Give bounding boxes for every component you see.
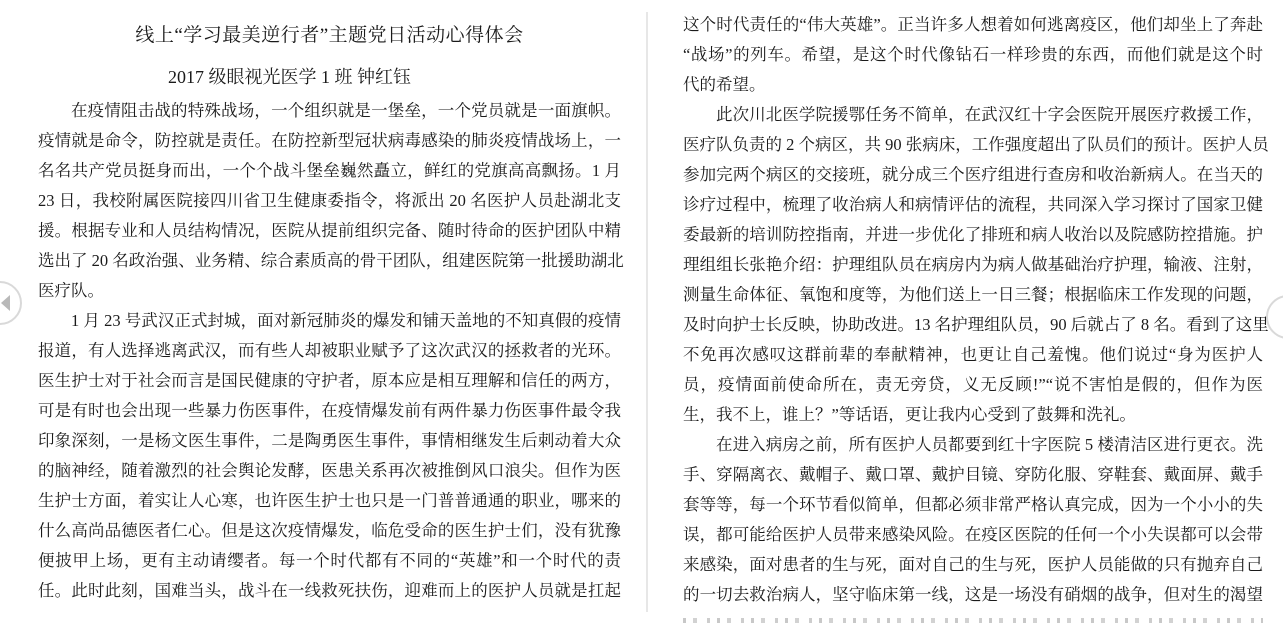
text-line: 在疫情阻击战的特殊战场，一个组织就是一堡垒，一个党员就是一面旗帜。 (38, 96, 621, 126)
text-line: 及时向护士长反映，协助改进。13 名护理组队员，90 后就占了 8 名。看到了这… (683, 310, 1263, 340)
text-line: 什么高尚品德医者仁心。但是这次疫情爆发，临危受命的医生护士们，没有犹豫 (38, 516, 621, 546)
text-line: 任。此时此刻，国难当头，战斗在一线救死扶伤，迎难而上的医护人员就是扛起 (38, 576, 621, 606)
text-line: 可是有时也会出现一些暴力伤医事件，在疫情爆发前有两件暴力伤医事件最令我 (38, 396, 621, 426)
text-line: 委最新的培训防控指南，并进一步优化了排班和病人收治以及院感防控措施。护 (683, 220, 1263, 250)
text-line: 选出了 20 名政治强、业务精、综合素质高的骨干团队，组建医院第一批援助湖北 (38, 246, 621, 276)
text-line: 的脑神经，随着激烈的社会舆论发酵，医患关系再次被推倒风口浪尖。但作为医 (38, 456, 621, 486)
text-line: 报道，有人选择逃离武汉，而有些人却被职业赋予了这次武汉的拯救者的光环。 (38, 336, 621, 366)
text-line: 1 月 23 号武汉正式封城，面对新冠肺炎的爆发和铺天盖地的不知真假的疫情 (38, 306, 621, 336)
text-line: 诊疗过程中，梳理了收治病人和病情评估的流程，共同深入学习探讨了国家卫健 (683, 190, 1263, 220)
page-2-body: 这个时代责任的“伟大英雄”。正当许多人想着如何逃离疫区，他们却坐上了奔赴“战场”… (683, 0, 1263, 610)
text-line: “战场”的列车。希望，是这个时代像钻石一样珍贵的东西，而他们就是这个时 (683, 40, 1263, 70)
clipped-next-line (683, 618, 1263, 623)
text-line: 医疗队。 (38, 276, 621, 306)
document-title: 线上“学习最美逆行者”主题党日活动心得体会 (38, 23, 621, 49)
text-line: 套等等，每一个环节看似简单，但都必须非常严格认真完成，因为一个小小的失 (683, 490, 1263, 520)
text-line: 印象深刻，一是杨文医生事件，二是陶勇医生事件，事情相继发生后刺动着大众 (38, 426, 621, 456)
prev-page-button[interactable] (0, 281, 22, 325)
text-line: 疫情就是命令，防控就是责任。在防控新型冠状病毒感染的肺炎疫情战场上，一 (38, 126, 621, 156)
text-line: 手、穿隔离衣、戴帽子、戴口罩、戴护目镜、穿防化服、穿鞋套、戴面屏、戴手 (683, 460, 1263, 490)
text-line: 代的希望。 (683, 70, 1263, 100)
document-viewer: 线上“学习最美逆行者”主题党日活动心得体会 2017 级眼视光医学 1 班 钟红… (0, 0, 1283, 623)
triangle-left-icon (1, 295, 10, 311)
text-line: 名名共产党员挺身而出，一个个战斗堡垒巍然矗立，鲜红的党旗高高飘扬。1 月 (38, 156, 621, 186)
text-line: 来感染，面对患者的生与死，面对自己的生与死，医护人员能做的只有抛弃自己 (683, 550, 1263, 580)
page-2: 这个时代责任的“伟大英雄”。正当许多人想着如何逃离疫区，他们却坐上了奔赴“战场”… (683, 0, 1263, 623)
text-line: 测量生命体征、氧饱和度等，为他们送上一日三餐；根据临床工作发现的问题， (683, 280, 1263, 310)
text-line: 员，疫情面前使命所在，责无旁贷，义无反顾!”“说不害怕是假的，但作为医 (683, 370, 1263, 400)
text-line: 不免再次感叹这群前辈的奉献精神，也更让自己羞愧。他们说过“身为医护人 (683, 340, 1263, 370)
text-line: 援。根据专业和人员结构情况，医院从提前组织完备、随时待命的医护团队中精 (38, 216, 621, 246)
text-line: 的一切去救治病人，坚守临床第一线，这是一场没有硝烟的战争，但对生的渴望 (683, 580, 1263, 610)
text-line: 生，我不上，谁上？”等话语，更让我内心受到了鼓舞和洗礼。 (683, 400, 1263, 430)
document-byline: 2017 级眼视光医学 1 班 钟红钰 (38, 64, 621, 90)
text-line: 参加完两个病区的交接班，就分成三个医疗组进行查房和收治新病人。在当天的 (683, 160, 1263, 190)
text-line: 医生护士对于社会而言是国民健康的守护者，原本应是相互理解和信任的两方， (38, 366, 621, 396)
text-line: 医疗队负责的 2 个病区，共 90 张病床，工作强度超出了队员们的预计。医护人员 (683, 130, 1263, 160)
text-line: 误，都可能给医护人员带来感染风险。在疫区医院的任何一个小失误都可以会带 (683, 520, 1263, 550)
page-divider (646, 12, 648, 612)
text-line: 理组组长张艳介绍：护理组队员在病房内为病人做基础治疗护理，输液、注射， (683, 250, 1263, 280)
page-1: 线上“学习最美逆行者”主题党日活动心得体会 2017 级眼视光医学 1 班 钟红… (38, 0, 621, 606)
text-line: 在进入病房之前，所有医护人员都要到红十字医院 5 楼清洁区进行更衣。洗 (683, 430, 1263, 460)
text-line: 这个时代责任的“伟大英雄”。正当许多人想着如何逃离疫区，他们却坐上了奔赴 (683, 10, 1263, 40)
text-line: 便披甲上场，更有主动请缨者。每一个时代都有不同的“英雄”和一个时代的责 (38, 546, 621, 576)
page-1-body: 在疫情阻击战的特殊战场，一个组织就是一堡垒，一个党员就是一面旗帜。疫情就是命令，… (38, 96, 621, 606)
text-line: 生护士方面，着实让人心寒，也许医生护士也只是一门普普通通的职业，哪来的 (38, 486, 621, 516)
text-line: 23 日，我校附属医院接四川省卫生健康委指令，将派出 20 名医护人员赴湖北支 (38, 186, 621, 216)
text-line: 此次川北医学院援鄂任务不简单，在武汉红十字会医院开展医疗救援工作， (683, 100, 1263, 130)
